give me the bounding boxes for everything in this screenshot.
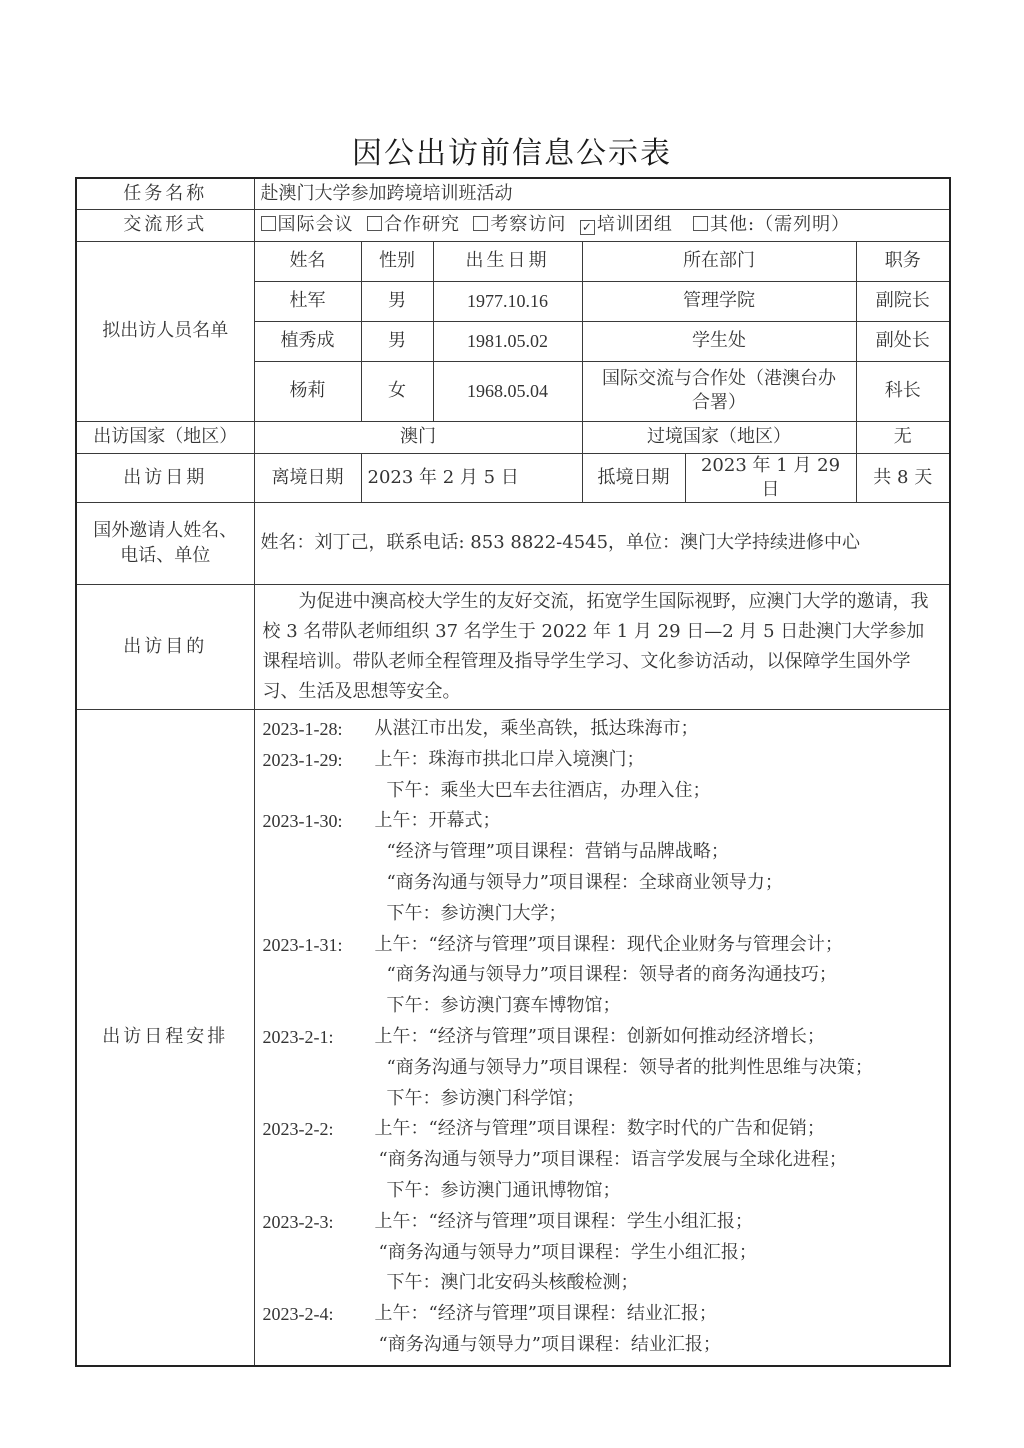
schedule-line: 2023-2-1:上午：“经济与管理”项目课程：创新如何推动经济增长； bbox=[263, 1022, 942, 1053]
country-row: 出访国家（地区） 澳门 过境国家（地区） 无 bbox=[76, 421, 950, 453]
schedule-date bbox=[263, 1053, 375, 1084]
checkbox-icon[interactable] bbox=[367, 216, 382, 231]
schedule-date bbox=[263, 991, 375, 1022]
schedule-text: “商务沟通与领导力”项目课程：全球商业领导力； bbox=[375, 868, 942, 899]
task-value: 赴澳门大学参加跨境培训班活动 bbox=[254, 178, 950, 209]
schedule-date: 2023-2-4: bbox=[263, 1299, 375, 1330]
schedule-text: “商务沟通与领导力”项目课程：领导者的商务沟通技巧； bbox=[375, 960, 942, 991]
schedule-text: 上午：“经济与管理”项目课程：学生小组汇报； bbox=[375, 1207, 942, 1238]
schedule-line: 2023-2-2:上午：“经济与管理”项目课程：数字时代的广告和促销； bbox=[263, 1114, 942, 1145]
exchange-label: 交流形式 bbox=[76, 209, 254, 241]
exchange-row: 交流形式 国际会议 合作研究 考察访问 ✓培训团组 其他:（需列明） bbox=[76, 209, 950, 241]
person-birth: 1981.05.02 bbox=[433, 321, 582, 361]
schedule-date bbox=[263, 1084, 375, 1115]
schedule-date: 2023-2-2: bbox=[263, 1114, 375, 1145]
schedule-text: “商务沟通与领导力”项目课程：领导者的批判性思维与决策； bbox=[375, 1053, 942, 1084]
schedule-text: 下午：参访澳门赛车博物馆； bbox=[375, 991, 942, 1022]
option-cooperative-research[interactable]: 合作研究 bbox=[367, 214, 460, 235]
page-title: 因公出访前信息公示表 bbox=[0, 128, 1024, 172]
header-title: 职务 bbox=[856, 241, 950, 281]
purpose-row: 出访目的 为促进中澳高校大学生的友好交流，拓宽学生国际视野，应澳门大学的邀请，我… bbox=[76, 585, 950, 710]
header-name: 姓名 bbox=[254, 241, 361, 281]
schedule-text: 下午：参访澳门通讯博物馆； bbox=[375, 1176, 942, 1207]
transit-value: 无 bbox=[856, 421, 950, 453]
schedule-text: 下午：参访澳门科学馆； bbox=[375, 1084, 942, 1115]
person-gender: 男 bbox=[361, 281, 433, 321]
purpose-label: 出访目的 bbox=[76, 585, 254, 710]
schedule-line: 2023-1-31:上午：“经济与管理”项目课程：现代企业财务与管理会计； bbox=[263, 930, 942, 961]
schedule-date bbox=[263, 868, 375, 899]
depart-value: 2023 年 2 月 5 日 bbox=[361, 453, 582, 503]
person-gender: 女 bbox=[361, 361, 433, 421]
option-international-conference[interactable]: 国际会议 bbox=[261, 214, 354, 235]
schedule-line: 2023-1-29:上午：珠海市拱北口岸入境澳门； bbox=[263, 745, 942, 776]
checkbox-icon[interactable] bbox=[261, 216, 276, 231]
dates-label: 出访日期 bbox=[76, 453, 254, 503]
country-label: 出访国家（地区） bbox=[76, 421, 254, 453]
schedule-line: “商务沟通与领导力”项目课程：领导者的商务沟通技巧； bbox=[263, 960, 942, 991]
checkbox-checked-icon[interactable]: ✓ bbox=[580, 220, 595, 235]
schedule-date bbox=[263, 899, 375, 930]
schedule-text: “商务沟通与领导力”项目课程：结业汇报； bbox=[375, 1330, 942, 1361]
person-dept: 学生处 bbox=[582, 321, 856, 361]
schedule-line: “经济与管理”项目课程：营销与品牌战略； bbox=[263, 837, 942, 868]
schedule-text: 上午：“经济与管理”项目课程：现代企业财务与管理会计； bbox=[375, 930, 942, 961]
schedule-text: 上午：“经济与管理”项目课程：结业汇报； bbox=[375, 1299, 942, 1330]
schedule-text: 下午：澳门北安码头核酸检测； bbox=[375, 1268, 942, 1299]
schedule-date bbox=[263, 1238, 375, 1269]
exchange-options: 国际会议 合作研究 考察访问 ✓培训团组 其他:（需列明） bbox=[254, 209, 950, 241]
transit-label: 过境国家（地区） bbox=[582, 421, 856, 453]
schedule-line: 下午：参访澳门科学馆； bbox=[263, 1084, 942, 1115]
schedule-line: 2023-1-30:上午：开幕式； bbox=[263, 806, 942, 837]
schedule-line: “商务沟通与领导力”项目课程：语言学发展与全球化进程； bbox=[263, 1145, 942, 1176]
inviter-value: 姓名：刘丁己，联系电话: 853 8822-4545，单位：澳门大学持续进修中心 bbox=[254, 503, 950, 585]
personnel-label: 拟出访人员名单 bbox=[76, 241, 254, 421]
schedule-date: 2023-2-1: bbox=[263, 1022, 375, 1053]
schedule-line: “商务沟通与领导力”项目课程：全球商业领导力； bbox=[263, 868, 942, 899]
header-birth: 出生日期 bbox=[433, 241, 582, 281]
country-value: 澳门 bbox=[254, 421, 582, 453]
schedule-text: 从湛江市出发，乘坐高铁，抵达珠海市； bbox=[375, 714, 942, 745]
task-row: 任务名称 赴澳门大学参加跨境培训班活动 bbox=[76, 178, 950, 209]
person-birth: 1968.05.04 bbox=[433, 361, 582, 421]
option-training-group[interactable]: ✓培训团组 bbox=[580, 214, 673, 235]
schedule-list: 2023-1-28:从湛江市出发，乘坐高铁，抵达珠海市；2023-1-29:上午… bbox=[254, 710, 950, 1366]
schedule-text: 下午：参访澳门大学； bbox=[375, 899, 942, 930]
schedule-date bbox=[263, 837, 375, 868]
schedule-date: 2023-1-30: bbox=[263, 806, 375, 837]
schedule-date: 2023-1-29: bbox=[263, 745, 375, 776]
purpose-text: 为促进中澳高校大学生的友好交流，拓宽学生国际视野，应澳门大学的邀请，我校 3 名… bbox=[263, 587, 942, 707]
schedule-row: 出访日程安排 2023-1-28:从湛江市出发，乘坐高铁，抵达珠海市；2023-… bbox=[76, 710, 950, 1366]
dates-row: 出访日期 离境日期 2023 年 2 月 5 日 抵境日期 2023 年 1 月… bbox=[76, 453, 950, 503]
schedule-line: 下午：参访澳门大学； bbox=[263, 899, 942, 930]
schedule-line: 2023-2-3:上午：“经济与管理”项目课程：学生小组汇报； bbox=[263, 1207, 942, 1238]
option-inspection-visit[interactable]: 考察访问 bbox=[473, 214, 566, 235]
schedule-date: 2023-1-31: bbox=[263, 930, 375, 961]
schedule-line: 下午：乘坐大巴车去往酒店，办理入住； bbox=[263, 776, 942, 807]
person-name: 杨莉 bbox=[254, 361, 361, 421]
arrive-value: 2023 年 1 月 29 日 bbox=[685, 453, 856, 503]
schedule-line: 下午：澳门北安码头核酸检测； bbox=[263, 1268, 942, 1299]
depart-label: 离境日期 bbox=[254, 453, 361, 503]
header-dept: 所在部门 bbox=[582, 241, 856, 281]
person-title: 副处长 bbox=[856, 321, 950, 361]
person-name: 杜军 bbox=[254, 281, 361, 321]
schedule-text: 上午：珠海市拱北口岸入境澳门； bbox=[375, 745, 942, 776]
schedule-line: 2023-1-28:从湛江市出发，乘坐高铁，抵达珠海市； bbox=[263, 714, 942, 745]
disclosure-table: 任务名称 赴澳门大学参加跨境培训班活动 交流形式 国际会议 合作研究 考察访问 … bbox=[75, 177, 951, 1367]
schedule-text: “商务沟通与领导力”项目课程：学生小组汇报； bbox=[375, 1238, 942, 1269]
schedule-text: “商务沟通与领导力”项目课程：语言学发展与全球化进程； bbox=[375, 1145, 942, 1176]
person-dept: 管理学院 bbox=[582, 281, 856, 321]
schedule-line: “商务沟通与领导力”项目课程：领导者的批判性思维与决策； bbox=[263, 1053, 942, 1084]
schedule-line: 下午：参访澳门通讯博物馆； bbox=[263, 1176, 942, 1207]
purpose-value: 为促进中澳高校大学生的友好交流，拓宽学生国际视野，应澳门大学的邀请，我校 3 名… bbox=[254, 585, 950, 710]
schedule-line: “商务沟通与领导力”项目课程：学生小组汇报； bbox=[263, 1238, 942, 1269]
person-title: 副院长 bbox=[856, 281, 950, 321]
person-gender: 男 bbox=[361, 321, 433, 361]
task-label: 任务名称 bbox=[76, 178, 254, 209]
person-dept: 国际交流与合作处（港澳台办合署） bbox=[582, 361, 856, 421]
inviter-label: 国外邀请人姓名、电话、单位 bbox=[76, 503, 254, 585]
schedule-line: 下午：参访澳门赛车博物馆； bbox=[263, 991, 942, 1022]
arrive-label: 抵境日期 bbox=[582, 453, 685, 503]
header-gender: 性别 bbox=[361, 241, 433, 281]
checkbox-icon[interactable] bbox=[473, 216, 488, 231]
schedule-date: 2023-1-28: bbox=[263, 714, 375, 745]
schedule-text: 上午：“经济与管理”项目课程：创新如何推动经济增长； bbox=[375, 1022, 942, 1053]
schedule-date bbox=[263, 776, 375, 807]
schedule-date bbox=[263, 1330, 375, 1361]
total-days: 共 8 天 bbox=[856, 453, 950, 503]
schedule-date bbox=[263, 1268, 375, 1299]
schedule-date bbox=[263, 1145, 375, 1176]
schedule-text: 上午：开幕式； bbox=[375, 806, 942, 837]
personnel-header-row: 拟出访人员名单 姓名 性别 出生日期 所在部门 职务 bbox=[76, 241, 950, 281]
person-title: 科长 bbox=[856, 361, 950, 421]
schedule-text: 下午：乘坐大巴车去往酒店，办理入住； bbox=[375, 776, 942, 807]
schedule-line: 2023-2-4:上午：“经济与管理”项目课程：结业汇报； bbox=[263, 1299, 942, 1330]
option-other[interactable]: 其他:（需列明） bbox=[693, 214, 850, 235]
schedule-line: “商务沟通与领导力”项目课程：结业汇报； bbox=[263, 1330, 942, 1361]
person-name: 植秀成 bbox=[254, 321, 361, 361]
inviter-row: 国外邀请人姓名、电话、单位 姓名：刘丁己，联系电话: 853 8822-4545… bbox=[76, 503, 950, 585]
schedule-date bbox=[263, 1176, 375, 1207]
schedule-date bbox=[263, 960, 375, 991]
schedule-label: 出访日程安排 bbox=[76, 710, 254, 1366]
schedule-date: 2023-2-3: bbox=[263, 1207, 375, 1238]
schedule-text: “经济与管理”项目课程：营销与品牌战略； bbox=[375, 837, 942, 868]
person-birth: 1977.10.16 bbox=[433, 281, 582, 321]
schedule-text: 上午：“经济与管理”项目课程：数字时代的广告和促销； bbox=[375, 1114, 942, 1145]
checkbox-icon[interactable] bbox=[693, 216, 708, 231]
